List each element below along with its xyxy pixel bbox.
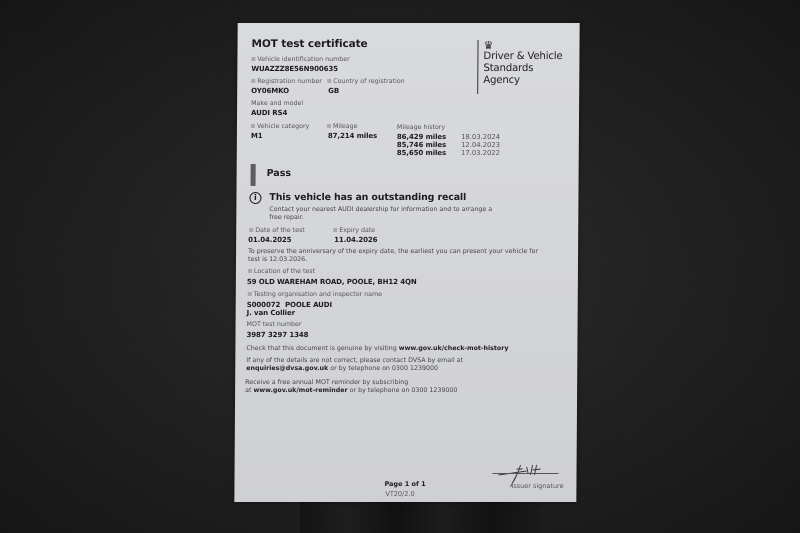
expiry-date-value: 11.04.2026 bbox=[334, 236, 377, 244]
field-icon bbox=[251, 57, 255, 61]
test-result: Pass bbox=[267, 168, 292, 179]
mileage-history-row: 86,429 miles 18.03.2024 bbox=[397, 133, 500, 141]
test-date-label: Date of the test bbox=[249, 227, 305, 234]
dvsa-logo: ♛ Driver & Vehicle Standards Agency bbox=[477, 40, 562, 94]
vin-label: Vehicle identification number bbox=[251, 56, 349, 63]
test-date-value: 01.04.2025 bbox=[248, 236, 291, 244]
dvsa-name: Driver & Vehicle Standards Agency bbox=[483, 51, 562, 87]
make-model-value: AUDI RS4 bbox=[251, 109, 287, 117]
field-icon bbox=[327, 79, 331, 83]
field-icon bbox=[327, 124, 331, 128]
result-indicator-bar bbox=[251, 164, 256, 186]
expiry-date-label: Expiry date bbox=[333, 227, 375, 234]
reminder-line: Receive a free annual MOT reminder by su… bbox=[245, 379, 505, 394]
check-genuine-line: Check that this document is genuine by v… bbox=[246, 345, 508, 353]
field-icon bbox=[249, 228, 253, 232]
make-model-label: Make and model bbox=[251, 100, 303, 107]
country-value: GB bbox=[328, 87, 339, 95]
field-icon bbox=[251, 124, 255, 128]
category-label: Vehicle category bbox=[251, 123, 309, 130]
mileage-history-label: Mileage history bbox=[397, 124, 445, 131]
mileage-history-row: 85,650 miles 17.03.2022 bbox=[397, 149, 500, 157]
test-number-label: MOT test number bbox=[247, 321, 302, 328]
signature-line bbox=[493, 473, 559, 474]
page-number: Page 1 of 1 bbox=[384, 480, 425, 488]
mot-reminder-link[interactable]: www.gov.uk/mot-reminder bbox=[253, 387, 347, 394]
mileage-value: 87,214 miles bbox=[328, 132, 377, 140]
recall-text: Contact your nearest AUDI dealership for… bbox=[269, 206, 504, 221]
inspector-name: J. van Collier bbox=[247, 309, 295, 317]
recall-heading: This vehicle has an outstanding recall bbox=[269, 192, 466, 203]
form-version: VT20/2.0 bbox=[385, 490, 414, 498]
field-icon bbox=[251, 79, 255, 83]
dvsa-email-link[interactable]: enquiries@dvsa.gov.uk bbox=[246, 365, 328, 372]
contact-line: If any of the details are not correct, p… bbox=[246, 357, 506, 372]
mot-certificate-paper: MOT test certificate ♛ Driver & Vehicle … bbox=[234, 23, 579, 502]
anniversary-note: To preserve the anniversary of the expir… bbox=[248, 248, 548, 263]
mileage-history-list: 86,429 miles 18.03.2024 85,746 miles 12.… bbox=[397, 133, 500, 157]
location-label: Location of the test bbox=[248, 268, 315, 275]
country-label: Country of registration bbox=[327, 78, 404, 85]
check-mot-history-link[interactable]: www.gov.uk/check-mot-history bbox=[399, 345, 509, 352]
category-value: M1 bbox=[251, 132, 263, 140]
field-icon bbox=[248, 292, 252, 296]
mileage-history-row: 85,746 miles 12.04.2023 bbox=[397, 141, 500, 149]
location-value: 59 OLD WAREHAM ROAD, POOLE, BH12 4QN bbox=[247, 278, 417, 286]
background-object bbox=[300, 500, 540, 533]
testing-org-label: Testing organisation and inspector name bbox=[248, 291, 382, 298]
vin-value: WUAZZZ8E56N900635 bbox=[251, 65, 338, 73]
royal-crest-icon: ♛ bbox=[483, 40, 562, 51]
info-icon: i bbox=[249, 192, 261, 204]
registration-label: Registration number bbox=[251, 78, 322, 85]
registration-value: OY06MKO bbox=[251, 87, 289, 95]
testing-org-value: S000072 POOLE AUDI bbox=[247, 301, 332, 309]
test-number-value: 3987 3297 1348 bbox=[246, 331, 308, 339]
document-title: MOT test certificate bbox=[251, 38, 367, 50]
signature-label: Issuer signature bbox=[511, 482, 563, 490]
field-icon bbox=[248, 269, 252, 273]
mileage-label: Mileage bbox=[327, 123, 358, 130]
field-icon bbox=[333, 228, 337, 232]
